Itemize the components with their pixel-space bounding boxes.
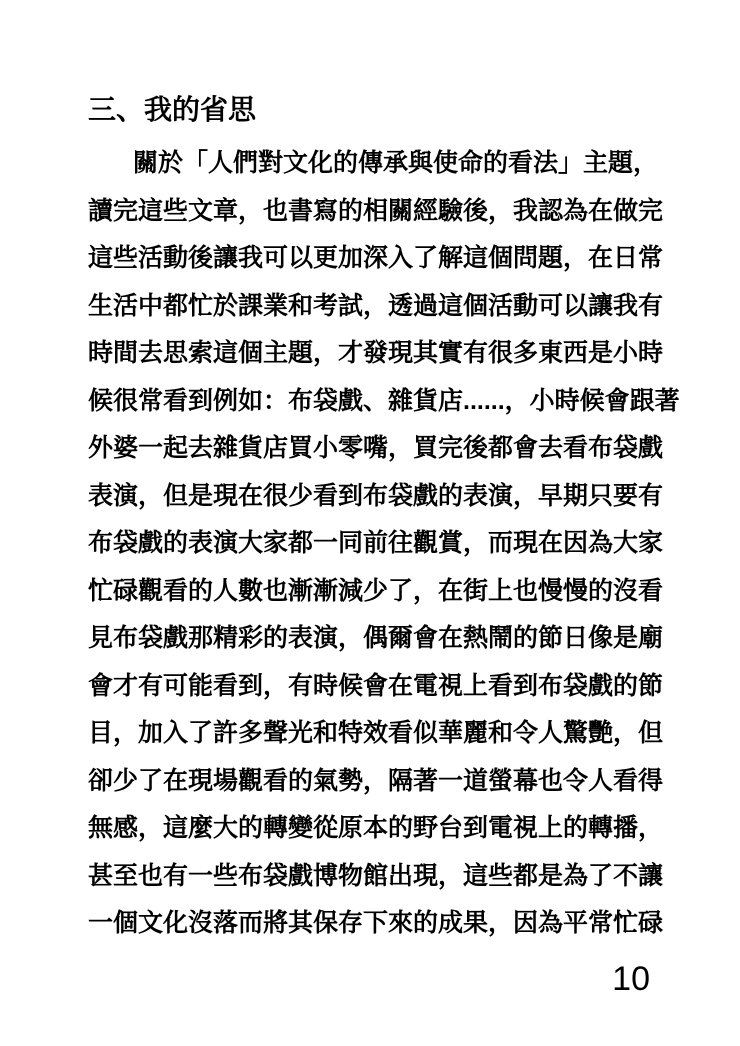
- text-line: 候很常看到例如：布袋戲、雜貨店......，小時候會跟著: [88, 378, 652, 426]
- text-line: 甚至也有一些布袋戲博物館出現，這些都是為了不讓: [88, 853, 652, 901]
- text-line: 這些活動後讓我可以更加深入了解這個問題，在日常: [88, 235, 652, 283]
- text-line: 目，加入了許多聲光和特效看似華麗和令人驚艷，但: [88, 710, 652, 758]
- text-line: 讀完這些文章，也書寫的相關經驗後，我認為在做完: [88, 188, 652, 236]
- text-line: 忙碌觀看的人數也漸漸減少了，在街上也慢慢的沒看: [88, 568, 652, 616]
- text-line: 會才有可能看到，有時候會在電視上看到布袋戲的節: [88, 663, 652, 711]
- text-line: 卻少了在現場觀看的氣勢，隔著一道螢幕也令人看得: [88, 758, 652, 806]
- text-line: 無感，這麼大的轉變從原本的野台到電視上的轉播，: [88, 805, 652, 853]
- text-line: 外婆一起去雜貨店買小零嘴，買完後都會去看布袋戲: [88, 425, 652, 473]
- text-line: 關於「人們對文化的傳承與使命的看法」主題，: [88, 140, 652, 188]
- page-number: 10: [612, 960, 650, 999]
- text-line: 表演，但是現在很少看到布袋戲的表演，早期只要有: [88, 473, 652, 521]
- text-line: 時間去思索這個主題，才發現其實有很多東西是小時: [88, 330, 652, 378]
- text-line: 布袋戲的表演大家都一同前往觀賞，而現在因為大家: [88, 520, 652, 568]
- text-line: 見布袋戲那精彩的表演，偶爾會在熱鬧的節日像是廟: [88, 615, 652, 663]
- text-line: 生活中都忙於課業和考試，透過這個活動可以讓我有: [88, 283, 652, 331]
- page-title: 三、我的省思: [88, 94, 256, 126]
- text-line: 一個文化沒落而將其保存下來的成果，因為平常忙碌: [88, 900, 652, 948]
- document-page: 三、我的省思 關於「人們對文化的傳承與使命的看法」主題， 讀完這些文章，也書寫的…: [0, 0, 740, 1046]
- body-paragraph: 關於「人們對文化的傳承與使命的看法」主題， 讀完這些文章，也書寫的相關經驗後，我…: [88, 140, 652, 948]
